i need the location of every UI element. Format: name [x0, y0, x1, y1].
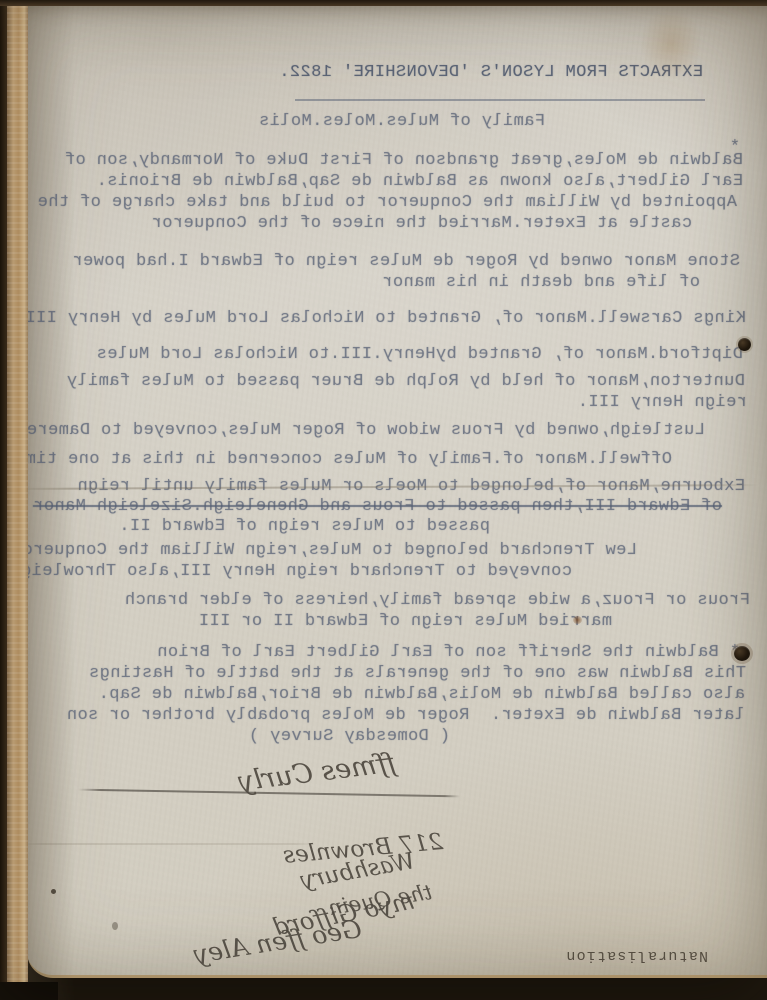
typed-line: reign Henry III.	[577, 393, 747, 413]
photo-of-document-page: EXTRACTS FROM LYSON'S 'DEVONSHIRE' 1822.…	[0, 0, 767, 1000]
typed-line: passed to Mules reign of Edward II.	[119, 517, 490, 537]
punch-hole	[738, 338, 751, 351]
typed-line: conveyed to Trenchard reign Henry III,al…	[10, 562, 572, 582]
stain	[640, 8, 702, 80]
background-corner	[0, 982, 58, 1000]
typed-line: married Mules reign of Edward II or III	[199, 612, 612, 632]
brown-spot	[573, 616, 582, 624]
typed-line: also called Baldwin de Molis,Baldwin de …	[98, 685, 745, 705]
typed-line: Lustleigh,owned by Frous widow of Roger …	[5, 421, 705, 441]
book-page-edges	[7, 0, 28, 1000]
typed-line-struck-through: of Edward III,then passed to Frous and G…	[33, 497, 722, 517]
ink-speck	[51, 889, 56, 894]
typed-line: Stone Manor owned by Roger de Mules reig…	[72, 252, 740, 272]
fold-crease	[18, 843, 318, 845]
book-top-edge	[0, 0, 767, 6]
typed-line: castle at Exeter.Married the niece of th…	[151, 214, 692, 234]
typed-line: ( Domesday Survey )	[249, 727, 450, 747]
typed-line: of life and death in his manor	[382, 273, 700, 293]
smudge	[112, 922, 118, 930]
typed-line: Appointed by William the Conqueror to bu…	[37, 193, 737, 213]
typed-line: Dunterton,Manor of held by Rolph de Brue…	[66, 372, 745, 392]
book-spine-edge	[0, 0, 7, 1000]
title-underline	[295, 99, 705, 101]
typed-line: Diptford.Manor of, Granted byHenry.III.t…	[96, 345, 743, 365]
typed-line: Earl Gilbert,also known as Baldwin de Sa…	[96, 172, 743, 192]
punch-hole	[734, 646, 750, 661]
page-subtitle: Family of Mules.Moles.Molis	[259, 112, 545, 132]
typed-line: Lew Trenchard belonged to Mules,reign Wi…	[12, 541, 638, 561]
typed-line: later Baldwin de Exeter. Roger de Moles …	[66, 706, 745, 726]
typed-line: Frous or Frouz,a wide spread family,heir…	[125, 591, 751, 611]
page-title: EXTRACTS FROM LYSON'S 'DEVONSHIRE' 1822.	[279, 63, 703, 83]
typed-line: Offwell.Manor of.Family of Mules concern…	[15, 450, 672, 470]
typed-line: This Baldwin was one of the generals at …	[89, 664, 746, 684]
typed-line: * Baldwin the Sheriff son of Earl Gilber…	[157, 643, 740, 663]
typed-line: Kings Carswell.Manor of, Granted to Nich…	[25, 309, 746, 329]
typed-line: Baldwin de Moles,great grandson of First…	[64, 151, 743, 171]
naturalisation-stamp: Naturalisation	[548, 940, 708, 964]
